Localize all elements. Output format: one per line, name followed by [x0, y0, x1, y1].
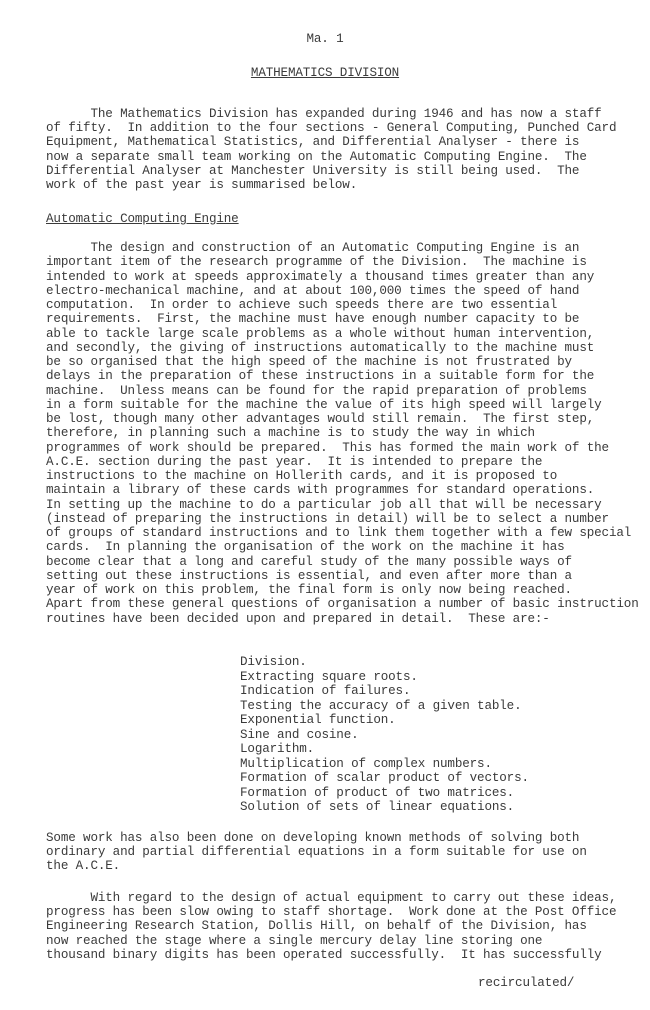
text-line: Engineering Research Station, Dollis Hil…: [46, 919, 587, 933]
routine-item: Indication of failures.: [240, 684, 410, 698]
routine-item: Extracting square roots.: [240, 670, 418, 684]
page-number: Ma. 1: [0, 32, 650, 46]
text-line: routines have been decided upon and prep…: [46, 612, 550, 626]
text-line: in a form suitable for the machine the v…: [46, 398, 602, 412]
page-title: MATHEMATICS DIVISION: [0, 66, 650, 80]
text-line: of groups of standard instructions and t…: [46, 526, 631, 540]
text-line: year of work on this problem, the final …: [46, 583, 572, 597]
section-heading: Automatic Computing Engine: [46, 212, 239, 226]
text-line: able to tackle large scale problems as a…: [46, 327, 594, 341]
text-line: With regard to the design of actual equi…: [46, 891, 616, 905]
document-page: Ma. 1 MATHEMATICS DIVISION The Mathemati…: [0, 0, 650, 1010]
text-line: maintain a library of these cards with p…: [46, 483, 594, 497]
text-line: (instead of preparing the instructions i…: [46, 512, 609, 526]
text-line: computation. In order to achieve such sp…: [46, 298, 557, 312]
text-line: electro-mechanical machine, and at about…: [46, 284, 579, 298]
text-line: Differential Analyser at Manchester Univ…: [46, 164, 579, 178]
routine-item: Logarithm.: [240, 742, 314, 756]
routine-item: Formation of scalar product of vectors.: [240, 771, 529, 785]
text-line: The design and construction of an Automa…: [46, 241, 579, 255]
routine-item: Solution of sets of linear equations.: [240, 800, 514, 814]
text-line: requirements. First, the machine must ha…: [46, 312, 579, 326]
text-line: important item of the research programme…: [46, 255, 587, 269]
text-line: be lost, though many other advantages wo…: [46, 412, 594, 426]
text-line: A.C.E. section during the past year. It …: [46, 455, 542, 469]
text-line: In setting up the machine to do a partic…: [46, 498, 602, 512]
text-line: Some work has also been done on developi…: [46, 831, 579, 845]
routine-item: Formation of product of two matrices.: [240, 786, 514, 800]
text-line: and secondly, the giving of instructions…: [46, 341, 594, 355]
text-line: now reached the stage where a single mer…: [46, 934, 542, 948]
text-line: progress has been slow owing to staff sh…: [46, 905, 616, 919]
routine-item: Exponential function.: [240, 713, 396, 727]
text-line: Equipment, Mathematical Statistics, and …: [46, 135, 579, 149]
text-line: Apart from these general questions of or…: [46, 597, 639, 611]
text-line: cards. In planning the organisation of t…: [46, 540, 565, 554]
text-line: delays in the preparation of these instr…: [46, 369, 594, 383]
text-line: intended to work at speeds approximately…: [46, 270, 594, 284]
text-line: thousand binary digits has been operated…: [46, 948, 602, 962]
text-line: become clear that a long and careful stu…: [46, 555, 572, 569]
text-line: the A.C.E.: [46, 859, 120, 873]
text-line: therefore, in planning such a machine is…: [46, 426, 535, 440]
text-line: ordinary and partial differential equati…: [46, 845, 587, 859]
routine-item: Sine and cosine.: [240, 728, 359, 742]
text-line: setting out these instructions is essent…: [46, 569, 572, 583]
routine-item: Testing the accuracy of a given table.: [240, 699, 522, 713]
text-line: programmes of work should be prepared. T…: [46, 441, 609, 455]
text-line: now a separate small team working on the…: [46, 150, 587, 164]
routine-item: Division.: [240, 655, 307, 669]
text-line: machine. Unless means can be found for t…: [46, 384, 587, 398]
text-line: The Mathematics Division has expanded du…: [46, 107, 602, 121]
text-line: of fifty. In addition to the four sectio…: [46, 121, 616, 135]
text-line: work of the past year is summarised belo…: [46, 178, 357, 192]
routine-item: Multiplication of complex numbers.: [240, 757, 492, 771]
catchword: recirculated/: [478, 976, 574, 990]
text-line: instructions to the machine on Hollerith…: [46, 469, 557, 483]
text-line: be so organised that the high speed of t…: [46, 355, 572, 369]
